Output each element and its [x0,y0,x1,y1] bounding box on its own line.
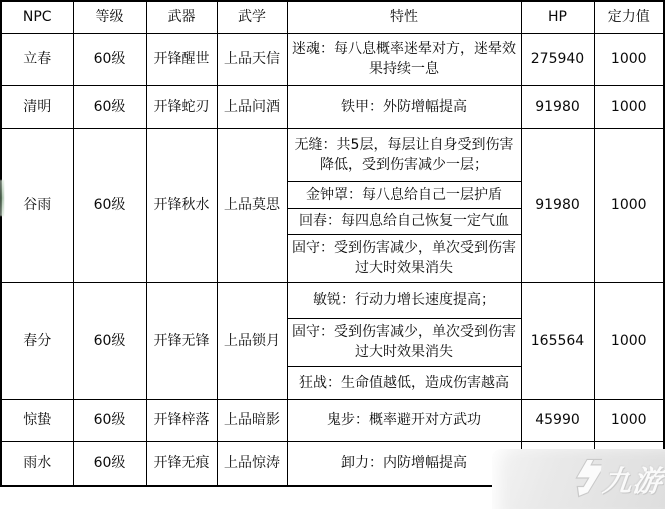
level-cell: 60级 [73,282,146,399]
art-cell: 上品天信 [217,33,287,85]
dingli-cell: 1000 [594,85,664,128]
col-header-npc: NPC [1,1,73,33]
trait-cell: 狂战：生命值越低，造成伤害越高 [287,366,521,399]
hp-cell: 275940 [521,33,594,85]
col-header-traits: 特性 [287,1,521,33]
npc-cell: 清明 [1,85,73,128]
scan-artifact [0,180,4,216]
dingli-cell: 1000 [594,33,664,85]
col-header-art: 武学 [217,1,287,33]
watermark-content: 九游 [563,455,665,503]
weapon-cell: 开锋无痕 [146,441,217,486]
trait-cell: 卸力：内防增幅提高 [287,441,521,486]
npc-cell: 立春 [1,33,73,85]
dingli-cell: 1000 [594,282,664,399]
col-header-weapon: 武器 [146,1,217,33]
table-row: 惊蛰 60级 开锋梓落 上品暗影 鬼步：概率避开对方武功 45990 1000 [1,399,664,441]
weapon-cell: 开锋秋水 [146,128,217,282]
hp-cell: 91980 [521,85,594,128]
watermark: 九游 [492,449,665,509]
art-cell: 上品惊涛 [217,441,287,486]
npc-cell: 春分 [1,282,73,399]
level-cell: 60级 [73,128,146,282]
art-cell: 上品锁月 [217,282,287,399]
col-header-dingli: 定力值 [594,1,664,33]
level-cell: 60级 [73,441,146,486]
trait-cell: 金钟罩：每八息给自己一层护盾 [287,181,521,208]
level-cell: 60级 [73,399,146,441]
trait-cell: 回春：每四息给自己恢复一定气血 [287,208,521,234]
dingli-cell: 1000 [594,399,664,441]
table-row: 谷雨 60级 开锋秋水 上品莫思 无缝：共5层，每层让自身受到伤害降低，受到伤害… [1,128,664,181]
trait-cell: 敏锐：行动力增长速度提高； [287,282,521,318]
trait-cell: 铁甲：外防增幅提高 [287,85,521,128]
trait-cell: 迷魂：每八息概率迷晕对方，迷晕效果持续一息 [287,33,521,85]
npc-cell: 雨水 [1,441,73,486]
trait-cell: 无缝：共5层，每层让自身受到伤害降低，受到伤害减少一层； [287,128,521,181]
art-cell: 上品问酒 [217,85,287,128]
col-header-hp: HP [521,1,594,33]
table-row: 春分 60级 开锋无锋 上品锁月 敏锐：行动力增长速度提高； 165564 10… [1,282,664,318]
weapon-cell: 开锋梓落 [146,399,217,441]
hp-cell: 45990 [521,399,594,441]
npc-cell: 谷雨 [1,128,73,282]
header-row: NPC 等级 武器 武学 特性 HP 定力值 [1,1,664,33]
watermark-text: 九游 [601,459,665,500]
level-cell: 60级 [73,33,146,85]
hp-cell: 165564 [521,282,594,399]
art-cell: 上品莫思 [217,128,287,282]
weapon-cell: 开锋醒世 [146,33,217,85]
col-header-level: 等级 [73,1,146,33]
weapon-cell: 开锋蛇刃 [146,85,217,128]
weapon-cell: 开锋无锋 [146,282,217,399]
table-row: 立春 60级 开锋醒世 上品天信 迷魂：每八息概率迷晕对方，迷晕效果持续一息 2… [1,33,664,85]
screenshot-page: NPC 等级 武器 武学 特性 HP 定力值 立春 60级 开锋醒世 上品天信 … [0,0,665,509]
art-cell: 上品暗影 [217,399,287,441]
level-cell: 60级 [73,85,146,128]
trait-cell: 鬼步：概率避开对方武功 [287,399,521,441]
trait-cell: 固守：受到伤害减少，单次受到伤害过大时效果消失 [287,318,521,366]
hp-cell: 91980 [521,128,594,282]
9game-logo-icon [563,457,602,503]
table-row: 清明 60级 开锋蛇刃 上品问酒 铁甲：外防增幅提高 91980 1000 [1,85,664,128]
dingli-cell: 1000 [594,128,664,282]
trait-cell: 固守：受到伤害减少，单次受到伤害过大时效果消失 [287,234,521,282]
npc-stats-table: NPC 等级 武器 武学 特性 HP 定力值 立春 60级 开锋醒世 上品天信 … [0,0,665,487]
npc-cell: 惊蛰 [1,399,73,441]
